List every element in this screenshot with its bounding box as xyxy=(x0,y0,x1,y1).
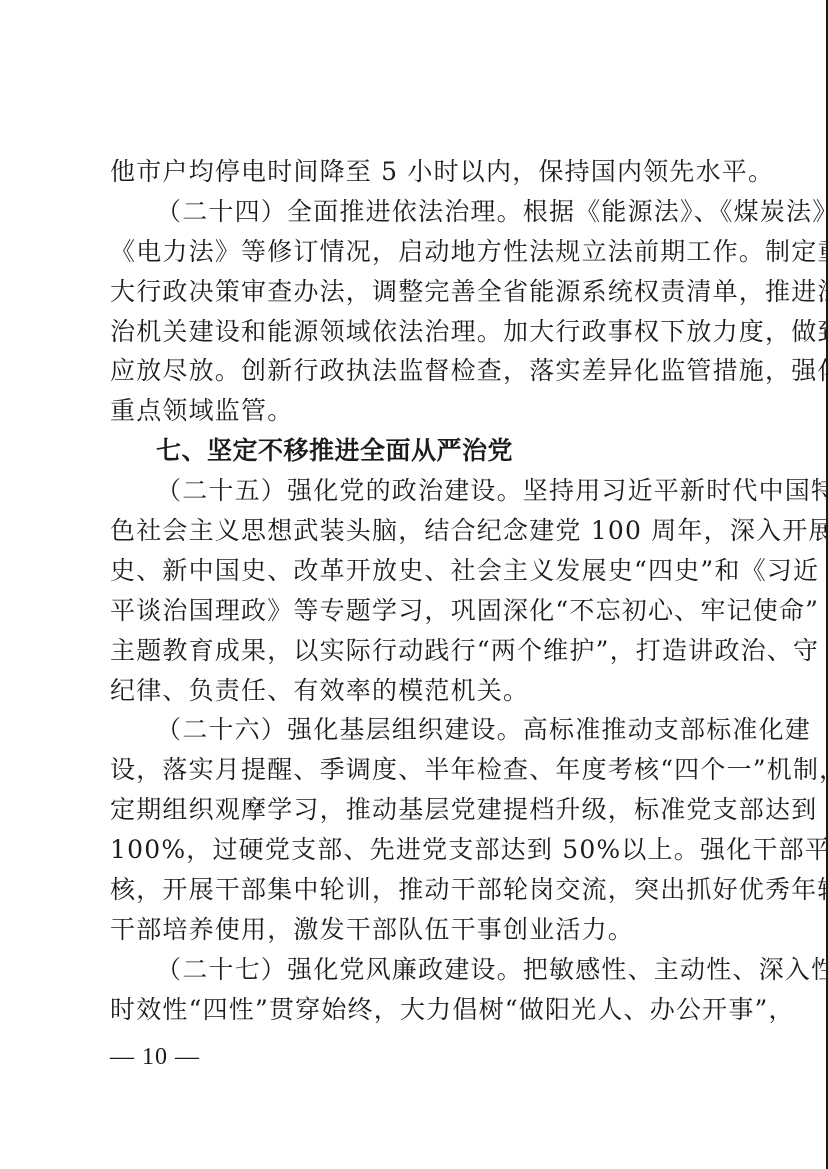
document-body: 他市户均停电时间降至 5 小时以内，保持国内领先水平。 （二十四）全面推进依法治… xyxy=(110,152,726,1030)
text-line: 治机关建设和能源领域依法治理。加大行政事权下放力度，做到 xyxy=(110,312,726,352)
text-line: 100%，过硬党支部、先进党支部达到 50%以上。强化干部平时考 xyxy=(110,830,726,870)
text-line: （二十七）强化党风廉政建设。把敏感性、主动性、深入性、 xyxy=(110,950,726,990)
text-line: 《电力法》等修订情况，启动地方性法规立法前期工作。制定重 xyxy=(110,232,726,272)
text-line: 应放尽放。创新行政执法监督检查，落实差异化监管措施，强化 xyxy=(110,351,726,391)
document-page: 他市户均停电时间降至 5 小时以内，保持国内领先水平。 （二十四）全面推进依法治… xyxy=(0,0,828,1169)
text-line: 定期组织观摩学习，推动基层党建提档升级，标准党支部达到 xyxy=(110,790,726,830)
page-number: — 10 — xyxy=(110,1044,200,1071)
text-line: 时效性“四性”贯穿始终，大力倡树“做阳光人、办公开事”， xyxy=(110,990,726,1030)
text-line: （二十六）强化基层组织建设。高标准推动支部标准化建 xyxy=(110,710,726,750)
paragraph-continuation: 他市户均停电时间降至 5 小时以内，保持国内领先水平。 xyxy=(110,152,726,192)
section-heading-text: 七、坚定不移推进全面从严治党 xyxy=(110,431,726,471)
text-line: 色社会主义思想武装头脑，结合纪念建党 100 周年，深入开展党 xyxy=(110,511,726,551)
text-line: 干部培养使用，激发干部队伍干事创业活力。 xyxy=(110,910,726,950)
section-heading: 七、坚定不移推进全面从严治党 xyxy=(110,431,726,471)
text-line: 纪律、负责任、有效率的模范机关。 xyxy=(110,671,726,711)
text-line: 主题教育成果，以实际行动践行“两个维护”，打造讲政治、守 xyxy=(110,631,726,671)
paragraph-item-24: （二十四）全面推进依法治理。根据《能源法》、《煤炭法》、 《电力法》等修订情况，… xyxy=(110,192,726,431)
text-line: 重点领域监管。 xyxy=(110,391,726,431)
text-line: （二十五）强化党的政治建设。坚持用习近平新时代中国特 xyxy=(110,471,726,511)
text-line: 平谈治国理政》等专题学习，巩固深化“不忘初心、牢记使命” xyxy=(110,591,726,631)
text-line: 核，开展干部集中轮训，推动干部轮岗交流，突出抓好优秀年轻 xyxy=(110,870,726,910)
paragraph-item-26: （二十六）强化基层组织建设。高标准推动支部标准化建 设，落实月提醒、季调度、半年… xyxy=(110,710,726,949)
text-line: 设，落实月提醒、季调度、半年检查、年度考核“四个一”机制， xyxy=(110,750,726,790)
paragraph-item-27: （二十七）强化党风廉政建设。把敏感性、主动性、深入性、 时效性“四性”贯穿始终，… xyxy=(110,950,726,1030)
text-line: 大行政决策审查办法，调整完善全省能源系统权责清单，推进法 xyxy=(110,272,726,312)
text-line: 史、新中国史、改革开放史、社会主义发展史“四史”和《习近 xyxy=(110,551,726,591)
paragraph-item-25: （二十五）强化党的政治建设。坚持用习近平新时代中国特 色社会主义思想武装头脑，结… xyxy=(110,471,726,710)
text-line: 他市户均停电时间降至 5 小时以内，保持国内领先水平。 xyxy=(110,152,726,192)
text-line: （二十四）全面推进依法治理。根据《能源法》、《煤炭法》、 xyxy=(110,192,726,232)
